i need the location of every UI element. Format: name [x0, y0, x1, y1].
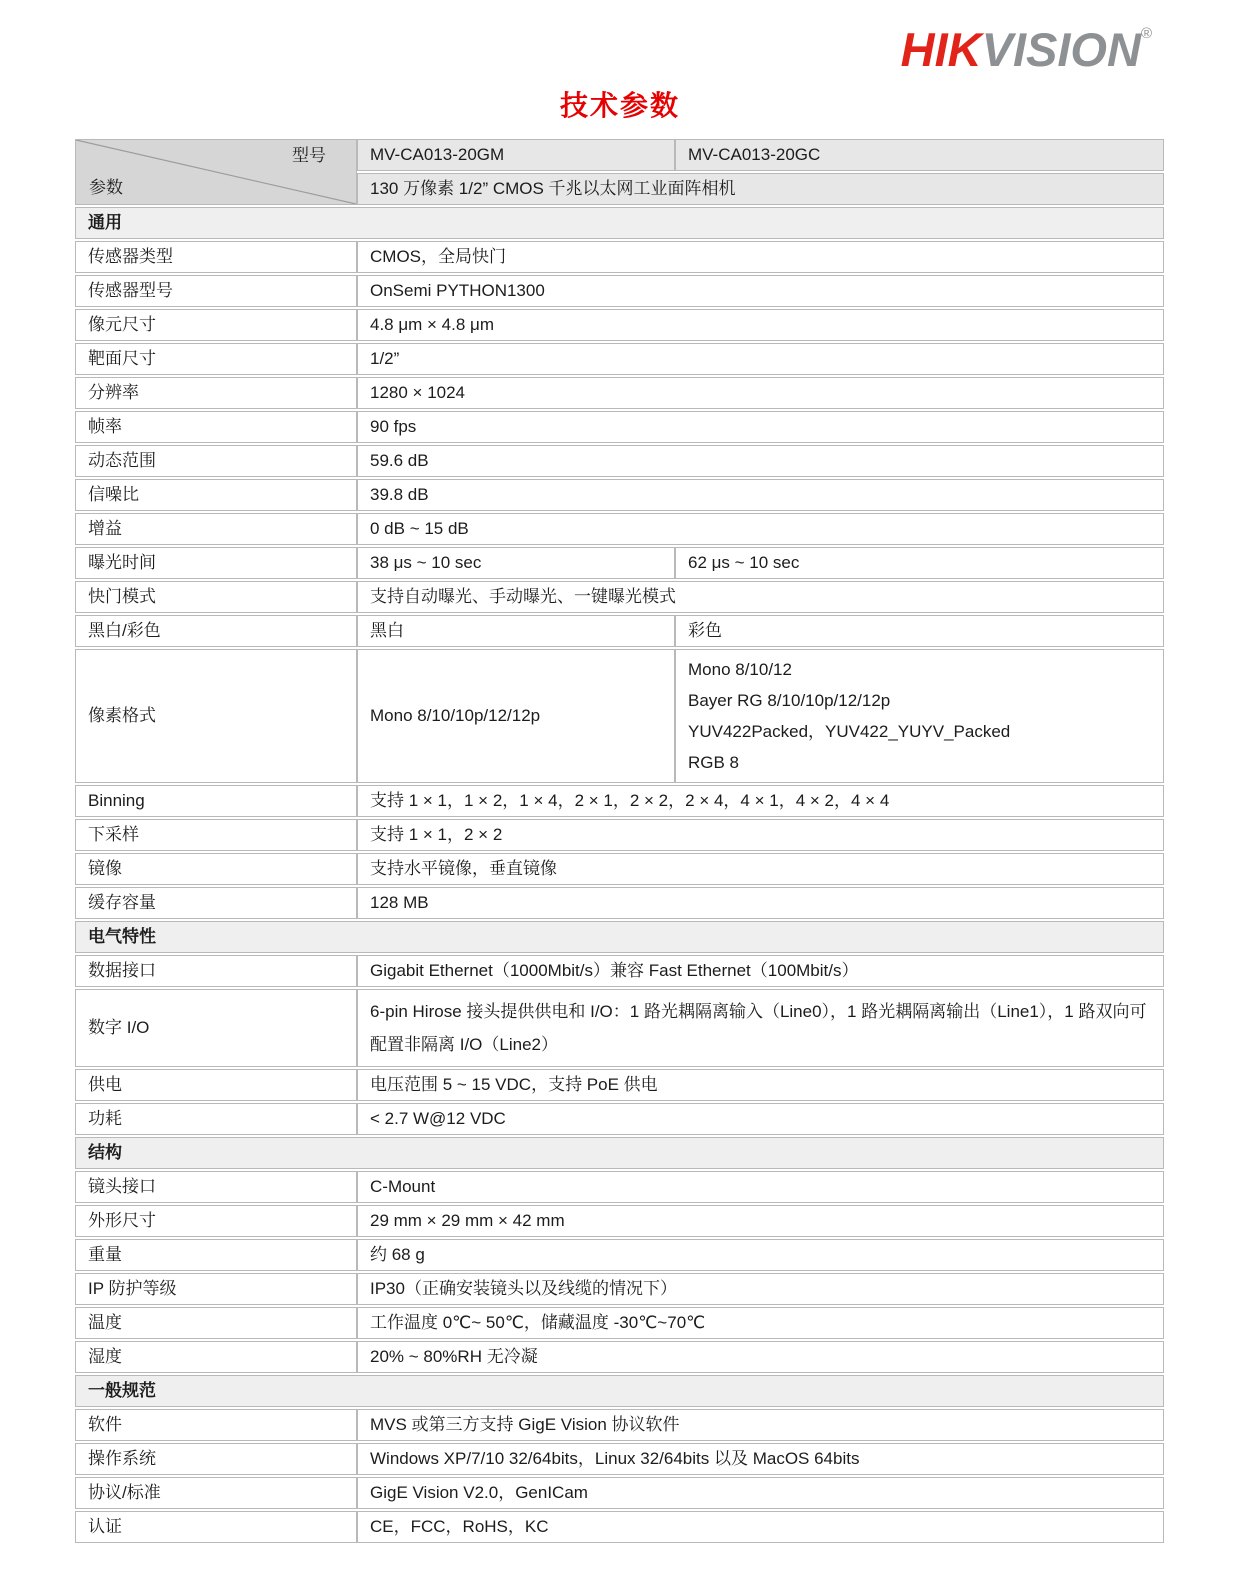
spec-label: 黑白/彩色: [75, 615, 357, 647]
spec-row: 湿度20% ~ 80%RH 无冷凝: [75, 1341, 1164, 1373]
spec-label: 镜像: [75, 853, 357, 885]
spec-row: 软件MVS 或第三方支持 GigE Vision 协议软件: [75, 1409, 1164, 1441]
section-label: 通用: [75, 207, 1164, 239]
spec-row: 重量约 68 g: [75, 1239, 1164, 1271]
spec-value: 128 MB: [357, 887, 1164, 919]
section-row: 结构: [75, 1137, 1164, 1169]
spec-label: 数据接口: [75, 955, 357, 987]
spec-label: 增益: [75, 513, 357, 545]
spec-row: 快门模式支持自动曝光、手动曝光、一键曝光模式: [75, 581, 1164, 613]
spec-row: 功耗< 2.7 W@12 VDC: [75, 1103, 1164, 1135]
section-label: 一般规范: [75, 1375, 1164, 1407]
spec-label: 温度: [75, 1307, 357, 1339]
spec-row: 缓存容量128 MB: [75, 887, 1164, 919]
spec-label: 协议/标准: [75, 1477, 357, 1509]
section-row: 通用: [75, 207, 1164, 239]
spec-row: 信噪比39.8 dB: [75, 479, 1164, 511]
spec-value: Mono 8/10/10p/12/12p: [357, 649, 675, 783]
spec-row: 靶面尺寸1/2”: [75, 343, 1164, 375]
spec-value-line: RGB 8: [688, 747, 1151, 778]
spec-row: 增益0 dB ~ 15 dB: [75, 513, 1164, 545]
spec-value: GigE Vision V2.0，GenICam: [357, 1477, 1164, 1509]
section-row: 电气特性: [75, 921, 1164, 953]
spec-value: 约 68 g: [357, 1239, 1164, 1271]
spec-value: 4.8 μm × 4.8 μm: [357, 309, 1164, 341]
page-title: 技术参数: [0, 84, 1240, 124]
spec-value: Mono 8/10/12Bayer RG 8/10/10p/12/12pYUV4…: [675, 649, 1164, 783]
spec-value: 支持水平镜像，垂直镜像: [357, 853, 1164, 885]
spec-value: 59.6 dB: [357, 445, 1164, 477]
spec-row: 镜头接口C-Mount: [75, 1171, 1164, 1203]
section-label: 电气特性: [75, 921, 1164, 953]
spec-row: 温度工作温度 0℃~ 50℃，储藏温度 -30℃~70℃: [75, 1307, 1164, 1339]
spec-value: OnSemi PYTHON1300: [357, 275, 1164, 307]
model-cell-gc: MV-CA013-20GC: [675, 139, 1164, 171]
spec-label: 帧率: [75, 411, 357, 443]
header-row-models: 型号 参数 MV-CA013-20GM MV-CA013-20GC: [75, 139, 1164, 171]
spec-label: 分辨率: [75, 377, 357, 409]
spec-label: 湿度: [75, 1341, 357, 1373]
spec-label: 动态范围: [75, 445, 357, 477]
spec-row: 传感器型号OnSemi PYTHON1300: [75, 275, 1164, 307]
spec-label: 传感器型号: [75, 275, 357, 307]
section-row: 一般规范: [75, 1375, 1164, 1407]
spec-row: 数字 I/O6-pin Hirose 接头提供供电和 I/O：1 路光耦隔离输入…: [75, 989, 1164, 1067]
page: HIKVISION® 技术参数 型号 参数 MV-CA013-: [0, 0, 1240, 1589]
spec-value: 20% ~ 80%RH 无冷凝: [357, 1341, 1164, 1373]
spec-label: 像元尺寸: [75, 309, 357, 341]
spec-label: 软件: [75, 1409, 357, 1441]
model-cell-gm: MV-CA013-20GM: [357, 139, 675, 171]
param-header-label: 参数: [89, 175, 123, 201]
spec-label: 缓存容量: [75, 887, 357, 919]
spec-value: 工作温度 0℃~ 50℃，储藏温度 -30℃~70℃: [357, 1307, 1164, 1339]
spec-value: MVS 或第三方支持 GigE Vision 协议软件: [357, 1409, 1164, 1441]
spec-value: 支持 1 × 1，2 × 2: [357, 819, 1164, 851]
spec-label: 像素格式: [75, 649, 357, 783]
spec-label: 快门模式: [75, 581, 357, 613]
spec-row: 黑白/彩色黑白彩色: [75, 615, 1164, 647]
spec-value: < 2.7 W@12 VDC: [357, 1103, 1164, 1135]
spec-row: 下采样支持 1 × 1，2 × 2: [75, 819, 1164, 851]
hikvision-logo: HIKVISION®: [901, 26, 1152, 73]
spec-value: 6-pin Hirose 接头提供供电和 I/O：1 路光耦隔离输入（Line0…: [357, 989, 1164, 1067]
spec-value-line: Mono 8/10/12: [688, 654, 1151, 685]
spec-value: 支持 1 × 1，1 × 2，1 × 4，2 × 1，2 × 2，2 × 4，4…: [357, 785, 1164, 817]
spec-value: CMOS，全局快门: [357, 241, 1164, 273]
spec-row: 帧率90 fps: [75, 411, 1164, 443]
spec-label: 信噪比: [75, 479, 357, 511]
spec-row: 镜像支持水平镜像，垂直镜像: [75, 853, 1164, 885]
spec-row: Binning支持 1 × 1，1 × 2，1 × 4，2 × 1，2 × 2，…: [75, 785, 1164, 817]
spec-table: 型号 参数 MV-CA013-20GM MV-CA013-20GC 130 万像…: [75, 137, 1164, 1545]
spec-value: C-Mount: [357, 1171, 1164, 1203]
spec-label: 功耗: [75, 1103, 357, 1135]
spec-label: 数字 I/O: [75, 989, 357, 1067]
spec-value: 90 fps: [357, 411, 1164, 443]
logo-hik-text: HIK: [901, 23, 982, 76]
spec-value-line: YUV422Packed，YUV422_YUYV_Packed: [688, 716, 1151, 747]
spec-value: 29 mm × 29 mm × 42 mm: [357, 1205, 1164, 1237]
spec-label: Binning: [75, 785, 357, 817]
registered-trademark-icon: ®: [1141, 25, 1152, 42]
spec-value: 39.8 dB: [357, 479, 1164, 511]
spec-value: IP30（正确安装镜头以及线缆的情况下）: [357, 1273, 1164, 1305]
spec-value: 支持自动曝光、手动曝光、一键曝光模式: [357, 581, 1164, 613]
spec-value: CE，FCC，RoHS，KC: [357, 1511, 1164, 1543]
spec-label: 镜头接口: [75, 1171, 357, 1203]
spec-value: 1/2”: [357, 343, 1164, 375]
spec-value: 黑白: [357, 615, 675, 647]
spec-value: 38 μs ~ 10 sec: [357, 547, 675, 579]
spec-row: 操作系统Windows XP/7/10 32/64bits，Linux 32/6…: [75, 1443, 1164, 1475]
spec-value: 62 μs ~ 10 sec: [675, 547, 1164, 579]
spec-row: 像元尺寸4.8 μm × 4.8 μm: [75, 309, 1164, 341]
spec-row: 曝光时间38 μs ~ 10 sec62 μs ~ 10 sec: [75, 547, 1164, 579]
spec-row: 认证CE，FCC，RoHS，KC: [75, 1511, 1164, 1543]
model-header-label: 型号: [292, 143, 326, 169]
description-cell: 130 万像素 1/2” CMOS 千兆以太网工业面阵相机: [357, 173, 1164, 205]
spec-row: 分辨率1280 × 1024: [75, 377, 1164, 409]
spec-label: 传感器类型: [75, 241, 357, 273]
spec-row: 供电电压范围 5 ~ 15 VDC，支持 PoE 供电: [75, 1069, 1164, 1101]
spec-row: 传感器类型CMOS，全局快门: [75, 241, 1164, 273]
spec-row: 协议/标准GigE Vision V2.0，GenICam: [75, 1477, 1164, 1509]
spec-row: 动态范围59.6 dB: [75, 445, 1164, 477]
spec-value: 电压范围 5 ~ 15 VDC，支持 PoE 供电: [357, 1069, 1164, 1101]
spec-label: 重量: [75, 1239, 357, 1271]
spec-value: Gigabit Ethernet（1000Mbit/s）兼容 Fast Ethe…: [357, 955, 1164, 987]
spec-row: 像素格式Mono 8/10/10p/12/12pMono 8/10/12Baye…: [75, 649, 1164, 783]
spec-label: 曝光时间: [75, 547, 357, 579]
spec-label: 认证: [75, 1511, 357, 1543]
spec-label: 外形尺寸: [75, 1205, 357, 1237]
spec-label: 下采样: [75, 819, 357, 851]
spec-label: 靶面尺寸: [75, 343, 357, 375]
spec-label: 操作系统: [75, 1443, 357, 1475]
spec-row: 数据接口Gigabit Ethernet（1000Mbit/s）兼容 Fast …: [75, 955, 1164, 987]
logo-vision-text: VISION: [982, 23, 1141, 76]
spec-table-body: 型号 参数 MV-CA013-20GM MV-CA013-20GC 130 万像…: [75, 139, 1164, 1543]
spec-value: 彩色: [675, 615, 1164, 647]
spec-row: IP 防护等级IP30（正确安装镜头以及线缆的情况下）: [75, 1273, 1164, 1305]
section-label: 结构: [75, 1137, 1164, 1169]
spec-value: 1280 × 1024: [357, 377, 1164, 409]
spec-value: 0 dB ~ 15 dB: [357, 513, 1164, 545]
spec-row: 外形尺寸29 mm × 29 mm × 42 mm: [75, 1205, 1164, 1237]
spec-value-line: Bayer RG 8/10/10p/12/12p: [688, 685, 1151, 716]
diagonal-header-cell: 型号 参数: [75, 139, 357, 205]
spec-table-container: 型号 参数 MV-CA013-20GM MV-CA013-20GC 130 万像…: [75, 137, 1164, 1545]
spec-label: 供电: [75, 1069, 357, 1101]
spec-label: IP 防护等级: [75, 1273, 357, 1305]
spec-value: Windows XP/7/10 32/64bits，Linux 32/64bit…: [357, 1443, 1164, 1475]
